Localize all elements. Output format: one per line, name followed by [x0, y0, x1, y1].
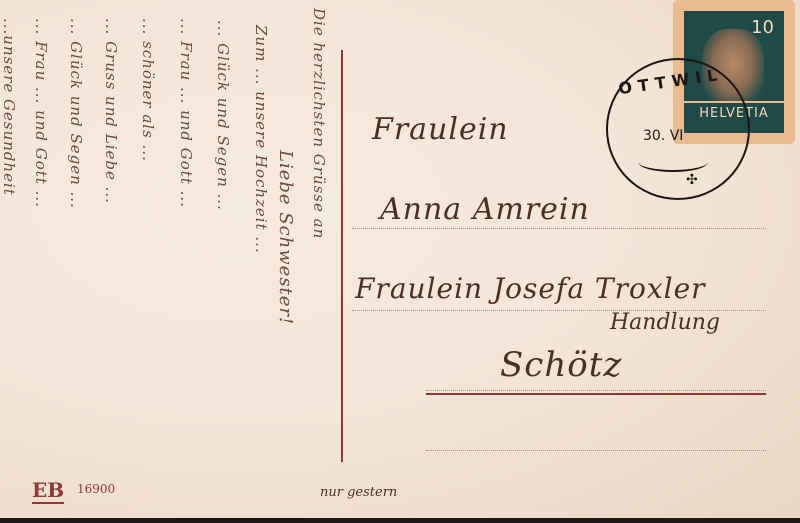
address-town: Schötz — [500, 345, 622, 385]
address-rule-4 — [426, 450, 766, 451]
message-line: ... schöner als ... — [139, 18, 157, 162]
message-line: ... Frau ... und Gott ... — [32, 18, 50, 208]
message-closing: ...unsere Gesundheit — [0, 18, 18, 196]
address-care-of: Fraulein Josefa Troxler — [355, 272, 706, 305]
message-greeting: Liebe Schwester! — [275, 150, 296, 325]
message-line: ... Glück und Segen ... — [67, 18, 85, 209]
address-rule-1 — [352, 228, 766, 229]
address-rule-3 — [426, 390, 766, 391]
postmark-arc — [638, 152, 708, 172]
address-name: Anna Amrein — [380, 192, 590, 227]
card-shadow-edge — [0, 518, 800, 523]
publisher-number: 16900 — [77, 482, 115, 496]
message-line: Die herzlichsten Grüsse an — [310, 8, 328, 239]
center-divider — [341, 50, 343, 462]
message-line: Zum ... unsere Hochzeit ... — [252, 25, 270, 254]
publisher-logo: EB — [32, 478, 64, 504]
message-footer: nur gestern — [320, 485, 397, 500]
postmark-date: 30. VI — [643, 128, 683, 144]
message-line: ... Frau ... und Gott ... — [177, 18, 195, 208]
postmark: OTTWIL 30. VI ✣ — [606, 58, 750, 200]
swiss-cross-icon: ✣ — [686, 172, 698, 188]
address-salutation: Fraulein — [372, 112, 509, 147]
address-business: Handlung — [610, 310, 720, 335]
message-line: ... Gruss und Liebe ... — [102, 18, 120, 204]
postcard: Die herzlichsten Grüsse an Liebe Schwest… — [0, 0, 800, 520]
stamp-value: 10 — [751, 17, 774, 38]
address-rule-town — [426, 393, 766, 395]
message-line: ... Glück und Segen ... — [214, 20, 232, 211]
postmark-town: OTTWIL — [617, 65, 724, 99]
